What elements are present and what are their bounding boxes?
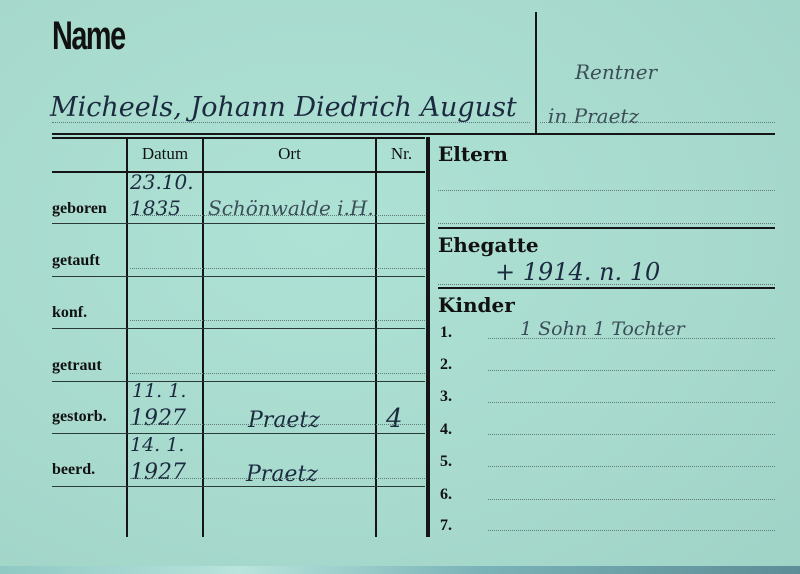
kind-dotted-line-4 bbox=[488, 434, 775, 435]
eltern-rule bbox=[438, 227, 775, 229]
kind-value-1[interactable]: 1 Sohn 1 Tochter bbox=[520, 318, 685, 340]
gestorb-nr[interactable]: 4 bbox=[386, 404, 403, 434]
row-label-getauft: getauft bbox=[52, 252, 100, 270]
column-header-datum: Datum bbox=[128, 144, 202, 164]
kind-dotted-line-5 bbox=[488, 466, 775, 467]
row-rule-geboren bbox=[52, 223, 425, 224]
kind-dotted-line-3 bbox=[488, 402, 775, 403]
kind-number-1: 1. bbox=[440, 324, 452, 342]
name-label: Name bbox=[52, 12, 125, 60]
handwritten-occupation-line2[interactable]: in Praetz bbox=[548, 104, 639, 128]
row-label-geboren: geboren bbox=[52, 200, 107, 218]
beerd-dotted-line bbox=[130, 478, 425, 479]
ehegatte-value[interactable]: + 1914. n. 10 bbox=[495, 258, 660, 286]
kind-number-5: 5. bbox=[440, 453, 452, 471]
col-divider-datum-left bbox=[126, 137, 128, 537]
row-label-getraut: getraut bbox=[52, 357, 102, 375]
table-header-rule bbox=[52, 171, 425, 173]
beerd-ort[interactable]: Praetz bbox=[246, 462, 318, 487]
kind-number-2: 2. bbox=[440, 356, 452, 374]
eltern-dotted-line-2 bbox=[438, 223, 775, 224]
name-divider bbox=[535, 12, 537, 134]
ehegatte-rule bbox=[438, 287, 775, 289]
gestorb-ort[interactable]: Praetz bbox=[248, 408, 320, 433]
eltern-dotted-line-1 bbox=[438, 190, 775, 191]
name-underline bbox=[52, 133, 775, 135]
column-header-nr: Nr. bbox=[377, 144, 426, 164]
kind-dotted-line-2 bbox=[488, 370, 775, 371]
kind-dotted-line-1 bbox=[488, 338, 775, 339]
kind-number-6: 6. bbox=[440, 486, 452, 504]
geboren-ort[interactable]: Schönwalde i.H. bbox=[208, 196, 374, 220]
getraut-dotted-line bbox=[130, 373, 425, 374]
getauft-dotted-line bbox=[130, 268, 425, 269]
kind-dotted-line-7 bbox=[488, 530, 775, 531]
col-divider-ort-left bbox=[202, 137, 204, 537]
kind-dotted-line-6 bbox=[488, 499, 775, 500]
kind-number-3: 3. bbox=[440, 388, 452, 406]
row-label-konf: konf. bbox=[52, 304, 87, 322]
gestorb-dotted-line bbox=[130, 424, 425, 425]
kind-number-4: 4. bbox=[440, 421, 452, 439]
kinder-heading: Kinder bbox=[438, 293, 515, 317]
gestorb-datum-line2[interactable]: 1927 bbox=[130, 406, 186, 431]
occupation-dotted-line bbox=[540, 122, 775, 123]
col-divider-nr-left bbox=[375, 137, 377, 537]
right-panel-border bbox=[428, 137, 430, 537]
kind-number-7: 7. bbox=[440, 517, 452, 535]
beerd-datum-line2[interactable]: 1927 bbox=[130, 460, 186, 485]
column-header-ort: Ort bbox=[204, 144, 375, 164]
row-label-gestorb: gestorb. bbox=[52, 408, 107, 426]
name-dotted-line bbox=[52, 122, 530, 123]
row-rule-getraut bbox=[52, 381, 425, 382]
geboren-datum-line2[interactable]: 1835 bbox=[130, 196, 181, 220]
geboren-dotted-line bbox=[130, 215, 425, 216]
row-label-beerd: beerd. bbox=[52, 461, 95, 479]
geboren-datum-line1[interactable]: 23.10. bbox=[130, 170, 194, 194]
gestorb-datum-line1[interactable]: 11. 1. bbox=[132, 380, 186, 402]
handwritten-name[interactable]: Micheels, Johann Diedrich August bbox=[50, 92, 517, 123]
table-top-rule bbox=[52, 137, 425, 139]
row-rule-getauft bbox=[52, 276, 425, 277]
ehegatte-dotted-line bbox=[438, 284, 775, 285]
card-bottom-edge bbox=[0, 566, 800, 574]
beerd-datum-line1[interactable]: 14. 1. bbox=[130, 434, 184, 456]
row-rule-konf bbox=[52, 328, 425, 329]
genealogy-index-card: Name Micheels, Johann Diedrich August Re… bbox=[0, 0, 800, 574]
row-rule-beerd bbox=[52, 486, 425, 487]
eltern-heading: Eltern bbox=[438, 142, 508, 166]
handwritten-occupation-line1[interactable]: Rentner bbox=[575, 60, 657, 84]
konf-dotted-line bbox=[130, 320, 425, 321]
ehegatte-heading: Ehegatte bbox=[438, 233, 539, 257]
row-rule-gestorb bbox=[52, 433, 425, 434]
